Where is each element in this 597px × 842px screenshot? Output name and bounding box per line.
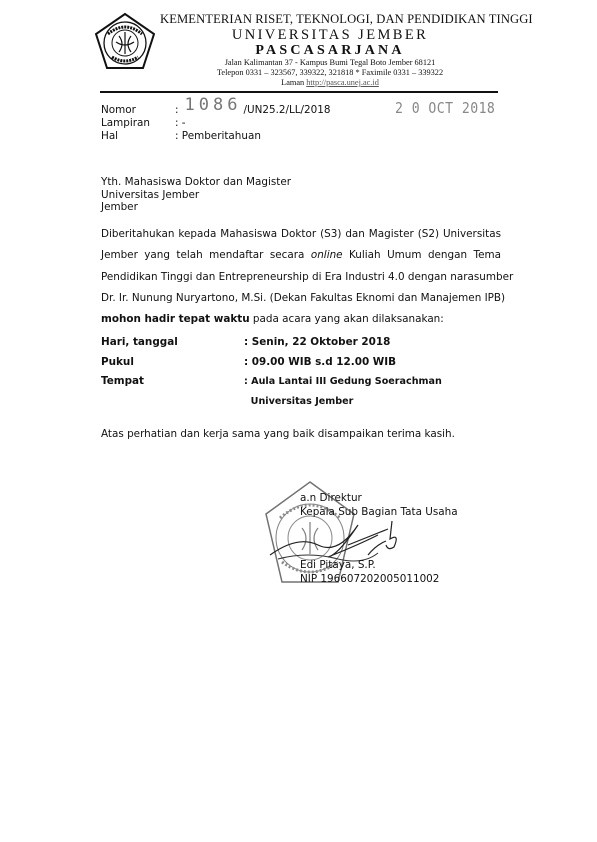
detail-row: Hari, tanggal : Senin, 22 Oktober 2018 <box>101 333 442 353</box>
paragraph-line: mohon hadir tepat waktu pada acara yang … <box>101 309 501 330</box>
detail-row: Pukul : 09.00 WIB s.d 12.00 WIB <box>101 353 442 373</box>
on-behalf: a.n Direktur <box>300 492 458 506</box>
signatory-nip: NIP 196607202005011002 <box>300 573 458 587</box>
nomor-suffix: /UN25.2/LL/2018 <box>243 104 330 117</box>
website-label: Laman <box>281 78 304 87</box>
hal-label: Hal <box>101 130 175 143</box>
signatory-name: Edi Pitaya, S.P. <box>300 559 458 573</box>
signatory-position: Kepala Sub Bagian Tata Usaha <box>300 506 458 520</box>
faculty-name: PASCASARJANA <box>160 43 500 58</box>
website-link[interactable]: http://pasca.unej.ac.id <box>306 78 379 87</box>
ministry-name: KEMENTERIAN RISET, TEKNOLOGI, DAN PENDID… <box>160 12 500 27</box>
nomor-row: Nomor : 1086 /UN25.2/LL/2018 <box>101 104 331 117</box>
detail-value: Universitas Jember <box>244 392 353 412</box>
letterhead-divider <box>100 91 498 93</box>
detail-label <box>101 392 244 412</box>
letterhead: KEMENTERIAN RISET, TEKNOLOGI, DAN PENDID… <box>160 12 500 88</box>
phone-fax: Telepon 0331 – 323567, 339322, 321818 * … <box>160 68 500 78</box>
detail-value: : Senin, 22 Oktober 2018 <box>244 333 390 353</box>
event-details: Hari, tanggal : Senin, 22 Oktober 2018 P… <box>101 333 442 411</box>
addressee: Yth. Mahasiswa Doktor dan Magister Unive… <box>101 176 291 214</box>
paragraph-line: Jember yang telah mendaftar secara onlin… <box>101 245 501 266</box>
lampiran-row: Lampiran : - <box>101 117 331 130</box>
detail-value: : Aula Lantai III Gedung Soerachman <box>244 372 442 392</box>
nomor-label: Nomor <box>101 104 175 117</box>
closing-sentence: Atas perhatian dan kerja sama yang baik … <box>101 428 455 440</box>
university-emblem-icon <box>94 12 156 70</box>
paragraph-line: Dr. Ir. Nunung Nuryartono, M.Si. (Dekan … <box>101 288 501 309</box>
detail-row: Tempat : Aula Lantai III Gedung Soerachm… <box>101 372 442 392</box>
detail-label: Pukul <box>101 353 244 373</box>
addressee-line: Universitas Jember <box>101 189 291 202</box>
website-line: Laman http://pasca.unej.ac.id <box>160 78 500 88</box>
detail-row: Universitas Jember <box>101 392 442 412</box>
addressee-line: Jember <box>101 201 291 214</box>
nomor-stamp: 1086 <box>185 99 242 112</box>
body-paragraph: Diberitahukan kepada Mahasiswa Doktor (S… <box>101 224 501 330</box>
hal-value: : Pemberitahuan <box>175 130 261 143</box>
paragraph-line: Diberitahukan kepada Mahasiswa Doktor (S… <box>101 224 501 245</box>
bold-request: mohon hadir tepat waktu <box>101 313 250 325</box>
letter-page: KEMENTERIAN RISET, TEKNOLOGI, DAN PENDID… <box>0 0 597 842</box>
address: Jalan Kalimantan 37 - Kampus Bumi Tegal … <box>160 58 500 68</box>
addressee-line: Yth. Mahasiswa Doktor dan Magister <box>101 176 291 189</box>
letter-meta: Nomor : 1086 /UN25.2/LL/2018 Lampiran : … <box>101 104 331 143</box>
detail-label: Hari, tanggal <box>101 333 244 353</box>
hal-row: Hal : Pemberitahuan <box>101 130 331 143</box>
colon: : <box>175 104 179 117</box>
date-stamp: 2 0 OCT 2018 <box>395 99 495 117</box>
emphasis-online: online <box>311 249 343 261</box>
university-name: UNIVERSITAS JEMBER <box>160 27 500 43</box>
lampiran-value: : - <box>175 117 186 130</box>
detail-value: : 09.00 WIB s.d 12.00 WIB <box>244 353 396 373</box>
lampiran-label: Lampiran <box>101 117 175 130</box>
detail-label: Tempat <box>101 372 244 392</box>
signature-block: a.n Direktur Kepala Sub Bagian Tata Usah… <box>300 492 458 586</box>
paragraph-line: Pendidikan Tinggi dan Entrepreneurship d… <box>101 267 501 288</box>
